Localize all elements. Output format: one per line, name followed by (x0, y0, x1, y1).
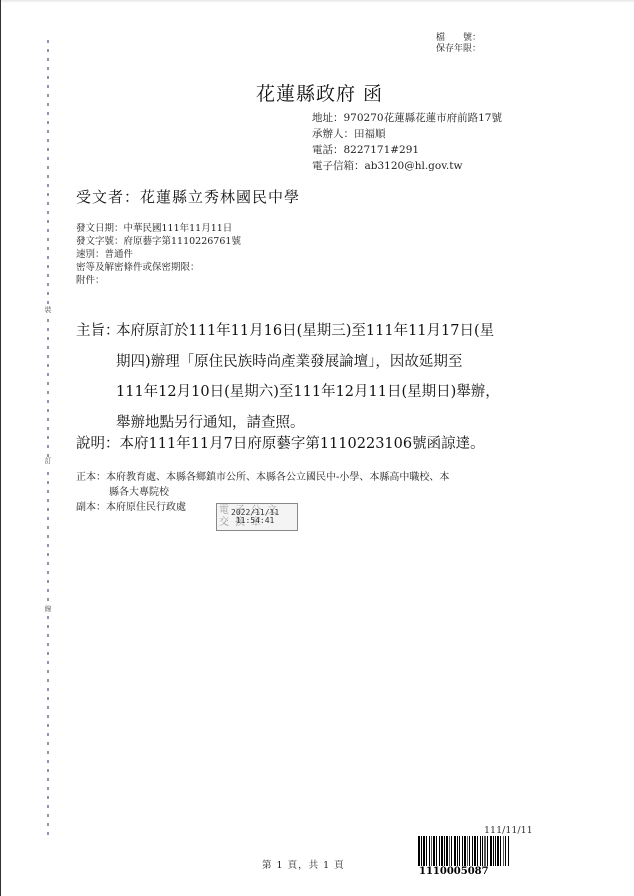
subject-line: 111年12月10日(星期六)至111年12月11日(星期日)舉辦， (116, 377, 566, 408)
page-indicator: 第 1 頁，共 1 頁 (262, 857, 345, 871)
barcode-number: 1110005087 (419, 866, 489, 877)
confidentiality: 密等及解密條件或保密期限： (76, 261, 241, 274)
contact-handler: 承辦人：田福順 (312, 126, 502, 142)
barcode-date: 111/11/11 (484, 825, 533, 836)
barcode (418, 836, 560, 866)
binding-char-xian: 線 (42, 605, 54, 614)
issue-date: 發文日期：中華民國111年11月11日 (76, 222, 241, 235)
page-left-edge (0, 0, 1, 896)
barcode-bar (509, 836, 510, 866)
subject-line: 本府原訂於111年11月16日(星期三)至111年11月17日(星 (116, 316, 566, 347)
contact-block: 地址：970270花蓮縣花蓮市府前路17號 承辦人：田福順 電話：8227171… (312, 110, 502, 174)
document-number: 發文字號：府原藝字第1110226761號 (76, 235, 241, 248)
subject-line: 期四)辦理「原住民族時尚產業發展論壇」，因故延期至 (116, 347, 566, 378)
subject-heading: 主旨： (76, 316, 120, 347)
document-meta: 發文日期：中華民國111年11月11日 發文字號：府原藝字第1110226761… (76, 222, 241, 287)
stamp-time: 11:54:41 (231, 517, 279, 525)
archive-info: 檔 號： 保存年限： (436, 33, 481, 55)
explanation: 說明：本府111年11月7日府原藝字第1110223106號函諒達。 (76, 432, 485, 453)
primary-recipients-cont: 縣各大專院校 (76, 485, 449, 500)
subject-body: 本府原訂於111年11月16日(星期三)至111年11月17日(星 期四)辦理「… (116, 316, 566, 438)
stamp-timestamp: 2022/11/11 11:54:41 (231, 509, 279, 525)
file-number-label: 檔 號： (436, 33, 481, 44)
page-top-shadow (0, 0, 634, 3)
binding-char-ding: 訂 (42, 457, 54, 466)
contact-email: 電子信箱：ab3120@hl.gov.tw (312, 158, 502, 174)
primary-recipients: 正本：本府教育處、本縣各鄉鎮市公所、本縣各公立國民中-小學、本縣高中職校、本 (76, 470, 449, 485)
delivery-speed: 速別：普通件 (76, 248, 241, 261)
binding-dotted-line (47, 40, 49, 840)
attachments: 附件： (76, 274, 241, 287)
contact-phone: 電話：8227171#291 (312, 142, 502, 158)
contact-address: 地址：970270花蓮縣花蓮市府前路17號 (312, 110, 502, 126)
binding-char-zhuang: 裝 (42, 306, 54, 315)
document-title: 花蓮縣政府 函 (256, 79, 383, 106)
electronic-exchange-stamp: 電子公文 交換章 2022/11/11 11:54:41 (216, 503, 298, 531)
recipient: 受文者：花蓮縣立秀林國民中學 (76, 186, 300, 207)
retention-label: 保存年限： (436, 44, 481, 55)
